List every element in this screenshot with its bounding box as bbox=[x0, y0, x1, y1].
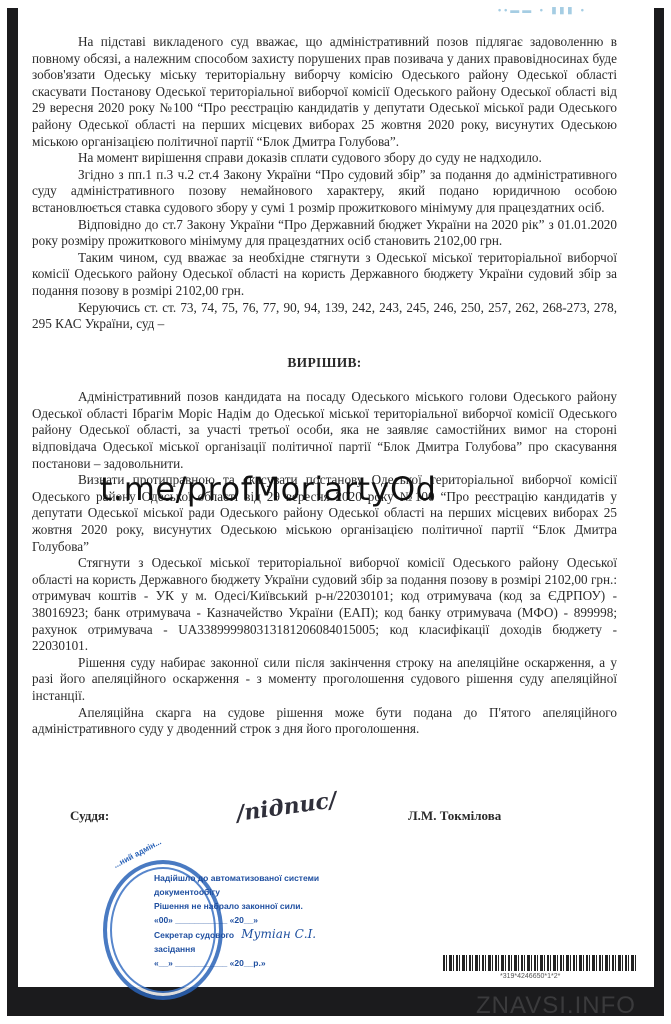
site-watermark: ZNAVSI.INFO bbox=[476, 992, 636, 1020]
resolution-paragraph: Стягнути з Одеської міської територіальн… bbox=[32, 555, 617, 655]
resolution-paragraph: Рішення суду набирає законної сили після… bbox=[32, 655, 617, 705]
decision-heading: ВИРІШИВ: bbox=[32, 355, 617, 372]
stamp-line: Рішення не набрало законної сили. bbox=[154, 899, 404, 913]
paragraph: Відповідно до ст.7 Закону України “Про Д… bbox=[32, 217, 617, 250]
barcode-number: *319*4246650*1*2* bbox=[500, 973, 560, 980]
judge-label: Суддя: bbox=[70, 808, 109, 824]
secretary-handwritten-name: Мутіан С.І. bbox=[241, 927, 316, 941]
document-body: На підставі викладеного суд вважає, що а… bbox=[32, 34, 617, 738]
resolution-paragraph: Адміністративний позов кандидата на поса… bbox=[32, 389, 617, 472]
scan-border-right bbox=[654, 8, 664, 1016]
paragraph: Керуючись ст. ст. 73, 74, 75, 76, 77, 90… bbox=[32, 300, 617, 333]
telegram-watermark: t.me/profMoriartyOd bbox=[100, 470, 436, 508]
stamp-line: «00» ___________ «20__» bbox=[154, 913, 404, 927]
header-logo-fragment: ••▬▬ • ▮▮▮ • bbox=[498, 5, 587, 16]
stamp-line: документообігу bbox=[154, 885, 404, 899]
paragraph: Згідно з пп.1 п.3 ч.2 ст.4 Закону Україн… bbox=[32, 167, 617, 217]
stamp-line-text: Секретар судового bbox=[154, 930, 234, 940]
stamp-line: засідання bbox=[154, 942, 404, 956]
paragraph: Таким чином, суд вважає за необхідне стя… bbox=[32, 250, 617, 300]
resolution-paragraph: Апеляційна скарга на судове рішення може… bbox=[32, 705, 617, 738]
scan-border-left bbox=[7, 8, 18, 1016]
barcode-icon bbox=[443, 955, 638, 971]
judge-name: Л.М. Токмілова bbox=[408, 808, 501, 824]
stamp-line: Секретар судового Мутіан С.І. bbox=[154, 927, 404, 942]
paragraph: На підставі викладеного суд вважає, що а… bbox=[32, 34, 617, 150]
stamp-line: Надійшло до автоматизованої системи bbox=[154, 871, 404, 885]
paragraph: На момент вирішення справи доказів сплат… bbox=[32, 150, 617, 167]
stamp-block: Надійшло до автоматизованої системи доку… bbox=[154, 871, 404, 970]
stamp-line: «__» ___________ «20__р.» bbox=[154, 956, 404, 970]
signature-row: Суддя: /підпис/ Л.М. Токмілова bbox=[70, 804, 590, 844]
